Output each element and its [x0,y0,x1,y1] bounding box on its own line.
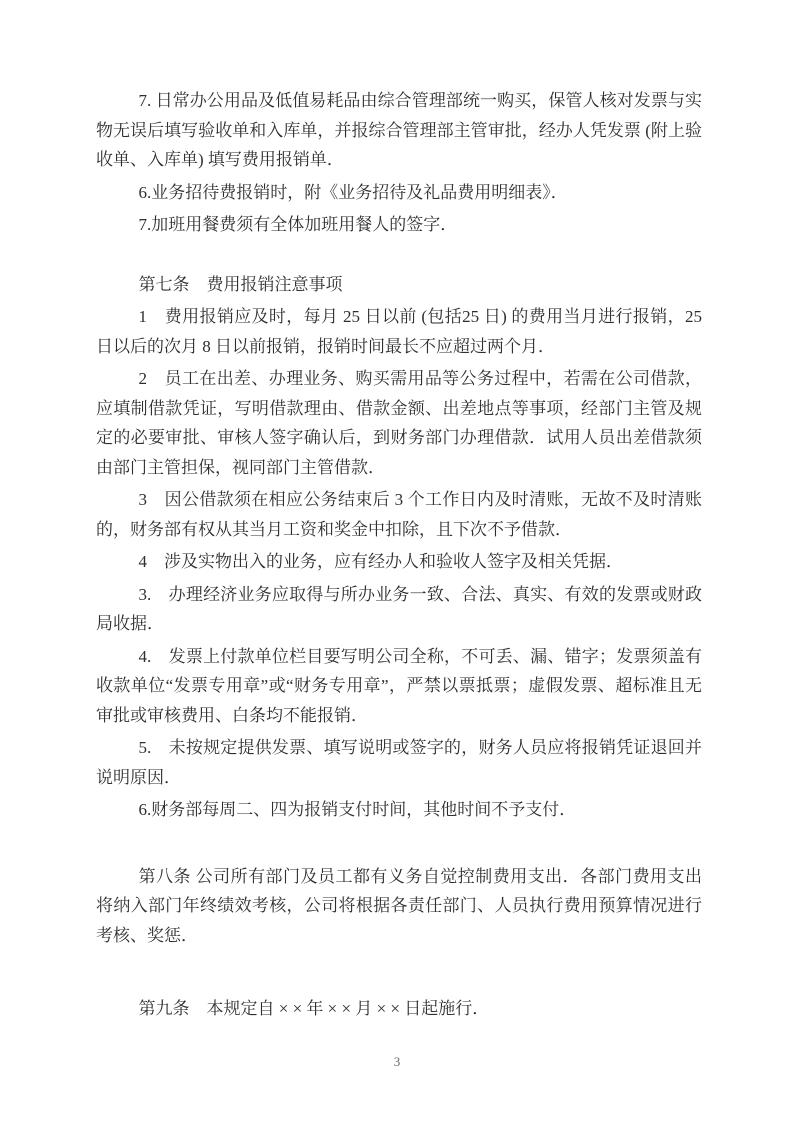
paragraph: 1 费用报销应及时，每月 25 日以前 (包括25 日) 的费用当月进行报销，2… [96,302,702,361]
section-paragraph-article-9: 第九条 本规定自 × × 年 × × 月 × × 日起施行． [96,994,702,1024]
section-paragraph-article-8: 第八条 公司所有部门及员工都有义务自觉控制费用支出．各部门费用支出将纳入部门年终… [96,862,702,951]
document-content: 7. 日常办公用品及低值易耗品由综合管理部统一购买，保管人核对发票与实物无误后填… [96,86,702,1027]
paragraph: 2 员工在出差、办理业务、购买需用品等公务过程中，若需在公司借款，应填制借款凭证… [96,364,702,482]
paragraph: 3. 办理经济业务应取得与所办业务一致、合法、真实、有效的发票或财政局收据． [96,580,702,639]
paragraph: 6.财务部每周二、四为报销支付时间，其他时间不予支付． [96,795,702,825]
paragraph: 4 涉及实物出入的业务，应有经办人和验收人签字及相关凭据． [96,547,702,577]
section-heading-article-7: 第七条 费用报销注意事项 [96,270,702,300]
paragraph: 4. 发票上付款单位栏目要写明公司全称，不可丢、漏、错字；发票须盖有收款单位“发… [96,642,702,731]
paragraph: 6.业务招待费报销时，附《业务招待及礼品费用明细表》． [96,178,702,208]
paragraph: 7. 日常办公用品及低值易耗品由综合管理部统一购买，保管人核对发票与实物无误后填… [96,86,702,175]
paragraph: 3 因公借款须在相应公务结束后 3 个工作日内及时清账，无故不及时清账的，财务部… [96,485,702,544]
paragraph: 7.加班用餐费须有全体加班用餐人的签字． [96,210,702,240]
document-page: 7. 日常办公用品及低值易耗品由综合管理部统一购买，保管人核对发票与实物无误后填… [0,0,794,1122]
paragraph: 5. 未按规定提供发票、填写说明或签字的，财务人员应将报销凭证退回并说明原因． [96,733,702,792]
page-number: 3 [0,1052,794,1072]
